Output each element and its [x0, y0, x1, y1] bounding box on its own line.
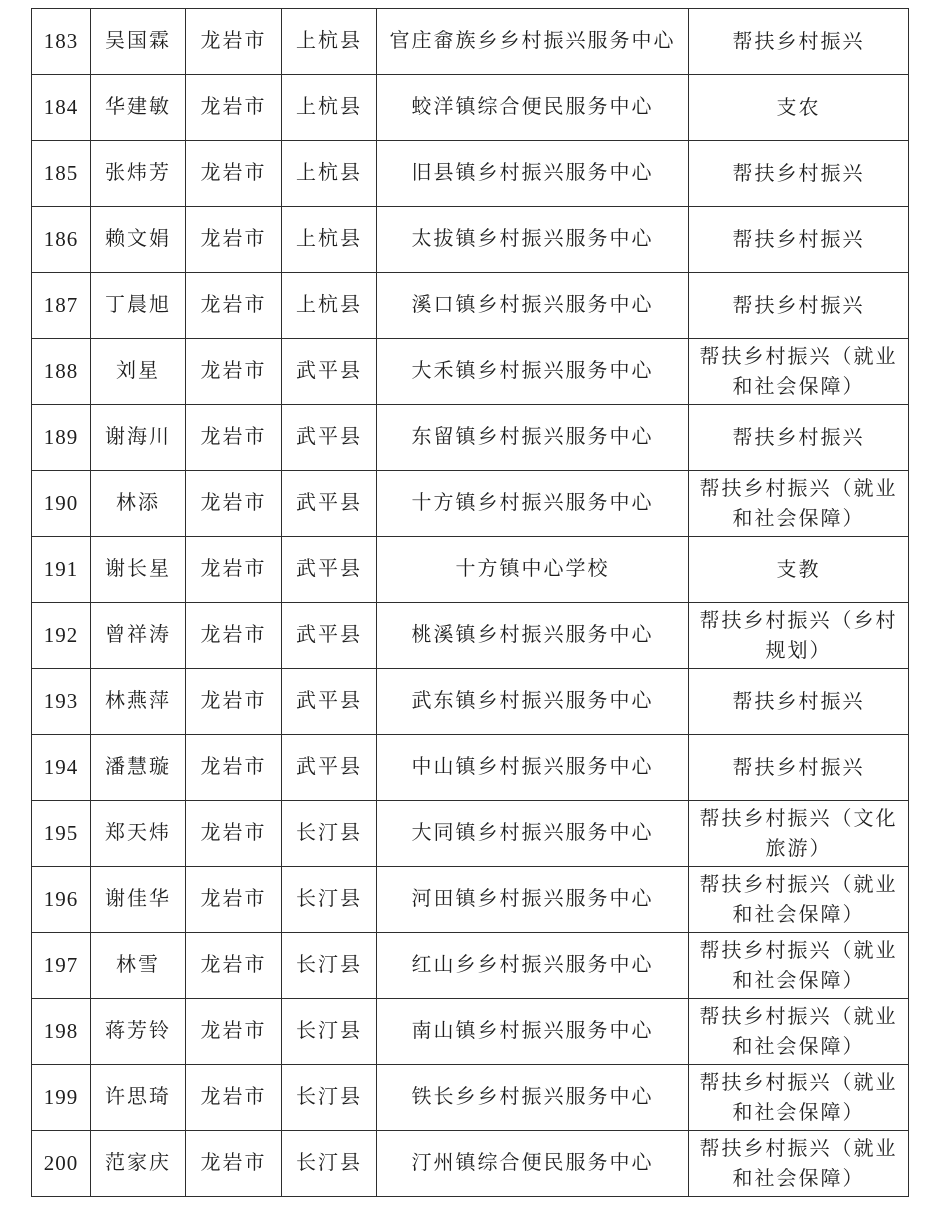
cell-service-type: 帮扶乡村振兴	[689, 669, 909, 735]
table-row: 183 吴国霖 龙岩市 上杭县 官庄畲族乡乡村振兴服务中心 帮扶乡村振兴	[32, 9, 909, 75]
table-row: 193 林燕萍 龙岩市 武平县 武东镇乡村振兴服务中心 帮扶乡村振兴	[32, 669, 909, 735]
cell-county: 武平县	[282, 735, 377, 801]
cell-organization: 铁长乡乡村振兴服务中心	[377, 1065, 689, 1131]
table-row: 200 范家庆 龙岩市 长汀县 汀州镇综合便民服务中心 帮扶乡村振兴（就业 和社…	[32, 1131, 909, 1197]
cell-row-number: 193	[32, 669, 91, 735]
cell-city: 龙岩市	[186, 735, 282, 801]
table-row: 195 郑天炜 龙岩市 长汀县 大同镇乡村振兴服务中心 帮扶乡村振兴（文化 旅游…	[32, 801, 909, 867]
cell-organization: 太拔镇乡村振兴服务中心	[377, 207, 689, 273]
table-row: 197 林雪 龙岩市 长汀县 红山乡乡村振兴服务中心 帮扶乡村振兴（就业 和社会…	[32, 933, 909, 999]
cell-city: 龙岩市	[186, 405, 282, 471]
cell-city: 龙岩市	[186, 669, 282, 735]
cell-person-name: 林添	[91, 471, 186, 537]
cell-row-number: 183	[32, 9, 91, 75]
cell-city: 龙岩市	[186, 75, 282, 141]
cell-person-name: 丁晨旭	[91, 273, 186, 339]
cell-person-name: 范家庆	[91, 1131, 186, 1197]
cell-row-number: 185	[32, 141, 91, 207]
cell-service-type: 帮扶乡村振兴	[689, 735, 909, 801]
cell-person-name: 谢佳华	[91, 867, 186, 933]
cell-county: 武平县	[282, 537, 377, 603]
cell-city: 龙岩市	[186, 537, 282, 603]
table-row: 185 张炜芳 龙岩市 上杭县 旧县镇乡村振兴服务中心 帮扶乡村振兴	[32, 141, 909, 207]
cell-city: 龙岩市	[186, 273, 282, 339]
cell-row-number: 190	[32, 471, 91, 537]
cell-row-number: 194	[32, 735, 91, 801]
cell-person-name: 蒋芳铃	[91, 999, 186, 1065]
cell-county: 上杭县	[282, 141, 377, 207]
cell-person-name: 吴国霖	[91, 9, 186, 75]
cell-county: 上杭县	[282, 207, 377, 273]
table-row: 194 潘慧璇 龙岩市 武平县 中山镇乡村振兴服务中心 帮扶乡村振兴	[32, 735, 909, 801]
table-row: 184 华建敏 龙岩市 上杭县 蛟洋镇综合便民服务中心 支农	[32, 75, 909, 141]
table-row: 189 谢海川 龙岩市 武平县 东留镇乡村振兴服务中心 帮扶乡村振兴	[32, 405, 909, 471]
cell-county: 武平县	[282, 603, 377, 669]
cell-person-name: 曾祥涛	[91, 603, 186, 669]
cell-row-number: 196	[32, 867, 91, 933]
cell-county: 长汀县	[282, 933, 377, 999]
cell-city: 龙岩市	[186, 801, 282, 867]
cell-county: 上杭县	[282, 9, 377, 75]
cell-city: 龙岩市	[186, 1065, 282, 1131]
table-row: 190 林添 龙岩市 武平县 十方镇乡村振兴服务中心 帮扶乡村振兴（就业 和社会…	[32, 471, 909, 537]
cell-organization: 大同镇乡村振兴服务中心	[377, 801, 689, 867]
cell-city: 龙岩市	[186, 339, 282, 405]
cell-organization: 汀州镇综合便民服务中心	[377, 1131, 689, 1197]
cell-service-type: 帮扶乡村振兴	[689, 207, 909, 273]
cell-service-type: 帮扶乡村振兴	[689, 273, 909, 339]
cell-organization: 武东镇乡村振兴服务中心	[377, 669, 689, 735]
cell-service-type: 帮扶乡村振兴（就业 和社会保障）	[689, 999, 909, 1065]
cell-person-name: 谢长星	[91, 537, 186, 603]
table-row: 192 曾祥涛 龙岩市 武平县 桃溪镇乡村振兴服务中心 帮扶乡村振兴（乡村 规划…	[32, 603, 909, 669]
cell-organization: 蛟洋镇综合便民服务中心	[377, 75, 689, 141]
cell-row-number: 184	[32, 75, 91, 141]
cell-city: 龙岩市	[186, 999, 282, 1065]
cell-organization: 东留镇乡村振兴服务中心	[377, 405, 689, 471]
cell-organization: 河田镇乡村振兴服务中心	[377, 867, 689, 933]
cell-person-name: 张炜芳	[91, 141, 186, 207]
cell-service-type: 帮扶乡村振兴	[689, 141, 909, 207]
cell-person-name: 郑天炜	[91, 801, 186, 867]
table-body: 183 吴国霖 龙岩市 上杭县 官庄畲族乡乡村振兴服务中心 帮扶乡村振兴 184…	[32, 9, 909, 1197]
table-row: 198 蒋芳铃 龙岩市 长汀县 南山镇乡村振兴服务中心 帮扶乡村振兴（就业 和社…	[32, 999, 909, 1065]
cell-row-number: 187	[32, 273, 91, 339]
cell-row-number: 192	[32, 603, 91, 669]
cell-service-type: 帮扶乡村振兴（就业 和社会保障）	[689, 1065, 909, 1131]
cell-county: 长汀县	[282, 1065, 377, 1131]
cell-organization: 中山镇乡村振兴服务中心	[377, 735, 689, 801]
cell-county: 武平县	[282, 471, 377, 537]
cell-person-name: 潘慧璇	[91, 735, 186, 801]
cell-city: 龙岩市	[186, 207, 282, 273]
cell-organization: 桃溪镇乡村振兴服务中心	[377, 603, 689, 669]
cell-county: 长汀县	[282, 867, 377, 933]
table-row: 196 谢佳华 龙岩市 长汀县 河田镇乡村振兴服务中心 帮扶乡村振兴（就业 和社…	[32, 867, 909, 933]
table-row: 186 赖文娟 龙岩市 上杭县 太拔镇乡村振兴服务中心 帮扶乡村振兴	[32, 207, 909, 273]
cell-organization: 旧县镇乡村振兴服务中心	[377, 141, 689, 207]
cell-organization: 十方镇乡村振兴服务中心	[377, 471, 689, 537]
cell-county: 武平县	[282, 405, 377, 471]
cell-service-type: 帮扶乡村振兴	[689, 405, 909, 471]
cell-organization: 溪口镇乡村振兴服务中心	[377, 273, 689, 339]
cell-service-type: 支农	[689, 75, 909, 141]
cell-county: 武平县	[282, 339, 377, 405]
table-row: 187 丁晨旭 龙岩市 上杭县 溪口镇乡村振兴服务中心 帮扶乡村振兴	[32, 273, 909, 339]
personnel-roster-table: 183 吴国霖 龙岩市 上杭县 官庄畲族乡乡村振兴服务中心 帮扶乡村振兴 184…	[31, 8, 909, 1197]
cell-organization: 南山镇乡村振兴服务中心	[377, 999, 689, 1065]
cell-person-name: 华建敏	[91, 75, 186, 141]
cell-person-name: 林雪	[91, 933, 186, 999]
cell-row-number: 199	[32, 1065, 91, 1131]
cell-service-type: 帮扶乡村振兴（就业 和社会保障）	[689, 867, 909, 933]
cell-row-number: 197	[32, 933, 91, 999]
cell-city: 龙岩市	[186, 933, 282, 999]
cell-person-name: 刘星	[91, 339, 186, 405]
cell-row-number: 198	[32, 999, 91, 1065]
document-page: 183 吴国霖 龙岩市 上杭县 官庄畲族乡乡村振兴服务中心 帮扶乡村振兴 184…	[31, 8, 909, 1197]
cell-row-number: 189	[32, 405, 91, 471]
table-row: 188 刘星 龙岩市 武平县 大禾镇乡村振兴服务中心 帮扶乡村振兴（就业 和社会…	[32, 339, 909, 405]
cell-row-number: 191	[32, 537, 91, 603]
cell-service-type: 帮扶乡村振兴	[689, 9, 909, 75]
cell-row-number: 186	[32, 207, 91, 273]
cell-person-name: 谢海川	[91, 405, 186, 471]
cell-row-number: 188	[32, 339, 91, 405]
cell-organization: 十方镇中心学校	[377, 537, 689, 603]
table-row: 191 谢长星 龙岩市 武平县 十方镇中心学校 支教	[32, 537, 909, 603]
cell-city: 龙岩市	[186, 471, 282, 537]
cell-county: 长汀县	[282, 801, 377, 867]
cell-person-name: 赖文娟	[91, 207, 186, 273]
cell-person-name: 许思琦	[91, 1065, 186, 1131]
cell-service-type: 支教	[689, 537, 909, 603]
cell-service-type: 帮扶乡村振兴（就业 和社会保障）	[689, 471, 909, 537]
cell-city: 龙岩市	[186, 603, 282, 669]
cell-city: 龙岩市	[186, 9, 282, 75]
cell-service-type: 帮扶乡村振兴（就业 和社会保障）	[689, 933, 909, 999]
cell-city: 龙岩市	[186, 867, 282, 933]
cell-service-type: 帮扶乡村振兴（文化 旅游）	[689, 801, 909, 867]
cell-county: 上杭县	[282, 75, 377, 141]
cell-city: 龙岩市	[186, 141, 282, 207]
cell-city: 龙岩市	[186, 1131, 282, 1197]
cell-person-name: 林燕萍	[91, 669, 186, 735]
cell-service-type: 帮扶乡村振兴（就业 和社会保障）	[689, 339, 909, 405]
cell-organization: 大禾镇乡村振兴服务中心	[377, 339, 689, 405]
cell-county: 长汀县	[282, 999, 377, 1065]
table-row: 199 许思琦 龙岩市 长汀县 铁长乡乡村振兴服务中心 帮扶乡村振兴（就业 和社…	[32, 1065, 909, 1131]
cell-service-type: 帮扶乡村振兴（乡村 规划）	[689, 603, 909, 669]
cell-county: 上杭县	[282, 273, 377, 339]
cell-organization: 官庄畲族乡乡村振兴服务中心	[377, 9, 689, 75]
cell-row-number: 200	[32, 1131, 91, 1197]
cell-organization: 红山乡乡村振兴服务中心	[377, 933, 689, 999]
cell-row-number: 195	[32, 801, 91, 867]
cell-county: 武平县	[282, 669, 377, 735]
cell-service-type: 帮扶乡村振兴（就业 和社会保障）	[689, 1131, 909, 1197]
cell-county: 长汀县	[282, 1131, 377, 1197]
